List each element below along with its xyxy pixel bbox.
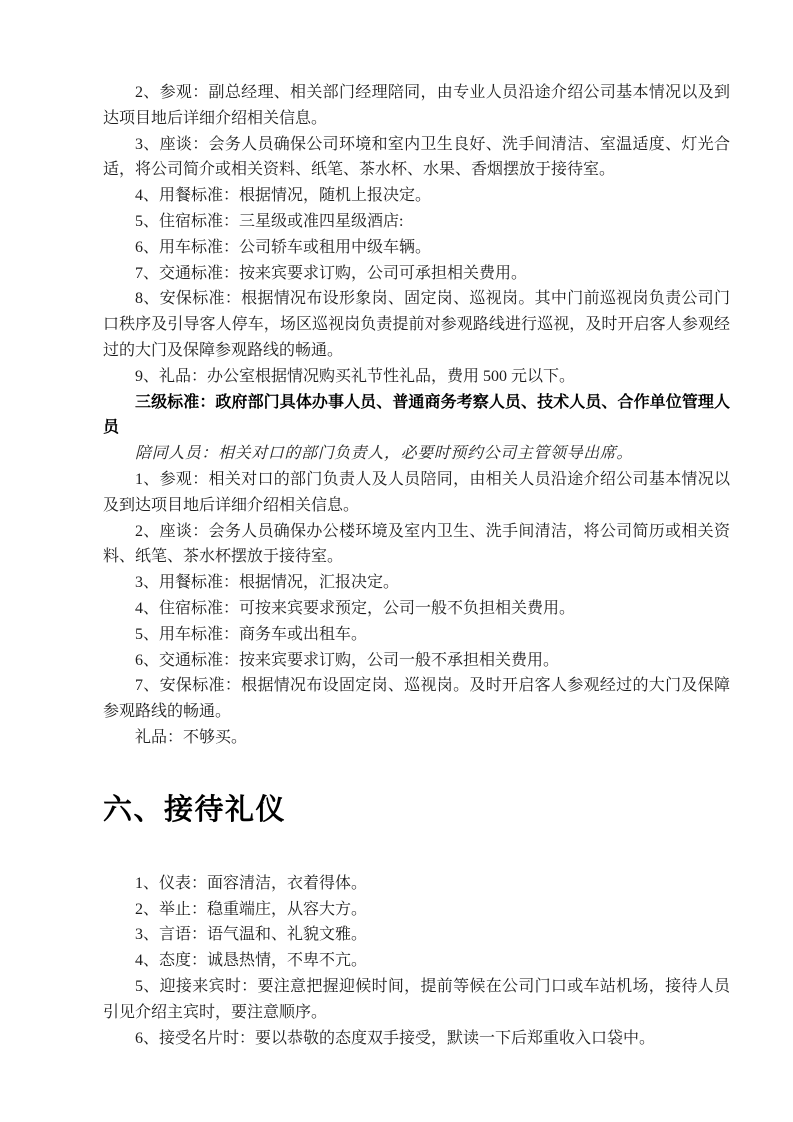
paragraph: 4、态度：诚恳热情，不卑不亢。 bbox=[103, 948, 730, 974]
paragraph: 1、仪表：面容清洁，衣着得体。 bbox=[103, 871, 730, 897]
paragraph: 8、安保标准：根据情况布设形象岗、固定岗、巡视岗。其中门前巡视岗负责公司门口秩序… bbox=[103, 286, 730, 363]
paragraph: 2、参观：副总经理、相关部门经理陪同，由专业人员沿途介绍公司基本情况以及到达项目… bbox=[103, 80, 730, 132]
paragraph: 6、交通标准：按来宾要求订购，公司一般不承担相关费用。 bbox=[103, 648, 730, 674]
paragraph: 2、座谈：会务人员确保办公楼环境及室内卫生、洗手间清洁，将公司简历或相关资料、纸… bbox=[103, 519, 730, 571]
paragraph: 3、座谈：会务人员确保公司环境和室内卫生良好、洗手间清洁、室温适度、灯光合适，将… bbox=[103, 132, 730, 184]
document-content: 2、参观：副总经理、相关部门经理陪同，由专业人员沿途介绍公司基本情况以及到达项目… bbox=[0, 0, 793, 1051]
paragraph: 7、安保标准：根据情况布设固定岗、巡视岗。及时开启客人参观经过的大门及保障参观路… bbox=[103, 673, 730, 725]
document-page: 2、参观：副总经理、相关部门经理陪同，由专业人员沿途介绍公司基本情况以及到达项目… bbox=[0, 0, 793, 1122]
paragraph: 4、用餐标准：根据情况，随机上报决定。 bbox=[103, 183, 730, 209]
section-heading: 六、接待礼仪 bbox=[103, 792, 730, 828]
paragraph: 5、迎接来宾时：要注意把握迎候时间，提前等候在公司门口或车站机场，接待人员引见介… bbox=[103, 974, 730, 1026]
paragraph: 礼品：不够买。 bbox=[103, 725, 730, 751]
paragraph: 3、用餐标准：根据情况，汇报决定。 bbox=[103, 570, 730, 596]
paragraph: 陪同人员：相关对口的部门负责人，必要时预约公司主管领导出席。 bbox=[103, 441, 730, 467]
paragraph: 6、用车标准：公司轿车或租用中级车辆。 bbox=[103, 235, 730, 261]
paragraph: 5、住宿标准：三星级或准四星级酒店: bbox=[103, 209, 730, 235]
paragraph: 9、礼品：办公室根据情况购买礼节性礼品，费用 500 元以下。 bbox=[103, 364, 730, 390]
paragraph: 三级标准：政府部门具体办事人员、普通商务考察人员、技术人员、合作单位管理人员 bbox=[103, 390, 730, 442]
paragraph: 6、接受名片时：要以恭敬的态度双手接受，默读一下后郑重收入口袋中。 bbox=[103, 1026, 730, 1052]
paragraph: 5、用车标准：商务车或出租车。 bbox=[103, 622, 730, 648]
paragraph: 7、交通标准：按来宾要求订购，公司可承担相关费用。 bbox=[103, 261, 730, 287]
paragraph: 4、住宿标准：可按来宾要求预定，公司一般不负担相关费用。 bbox=[103, 596, 730, 622]
paragraph: 3、言语：语气温和、礼貌文雅。 bbox=[103, 922, 730, 948]
paragraph: 2、举止：稳重端庄，从容大方。 bbox=[103, 897, 730, 923]
paragraph: 1、参观：相关对口的部门负责人及人员陪同，由相关人员沿途介绍公司基本情况以及到达… bbox=[103, 467, 730, 519]
